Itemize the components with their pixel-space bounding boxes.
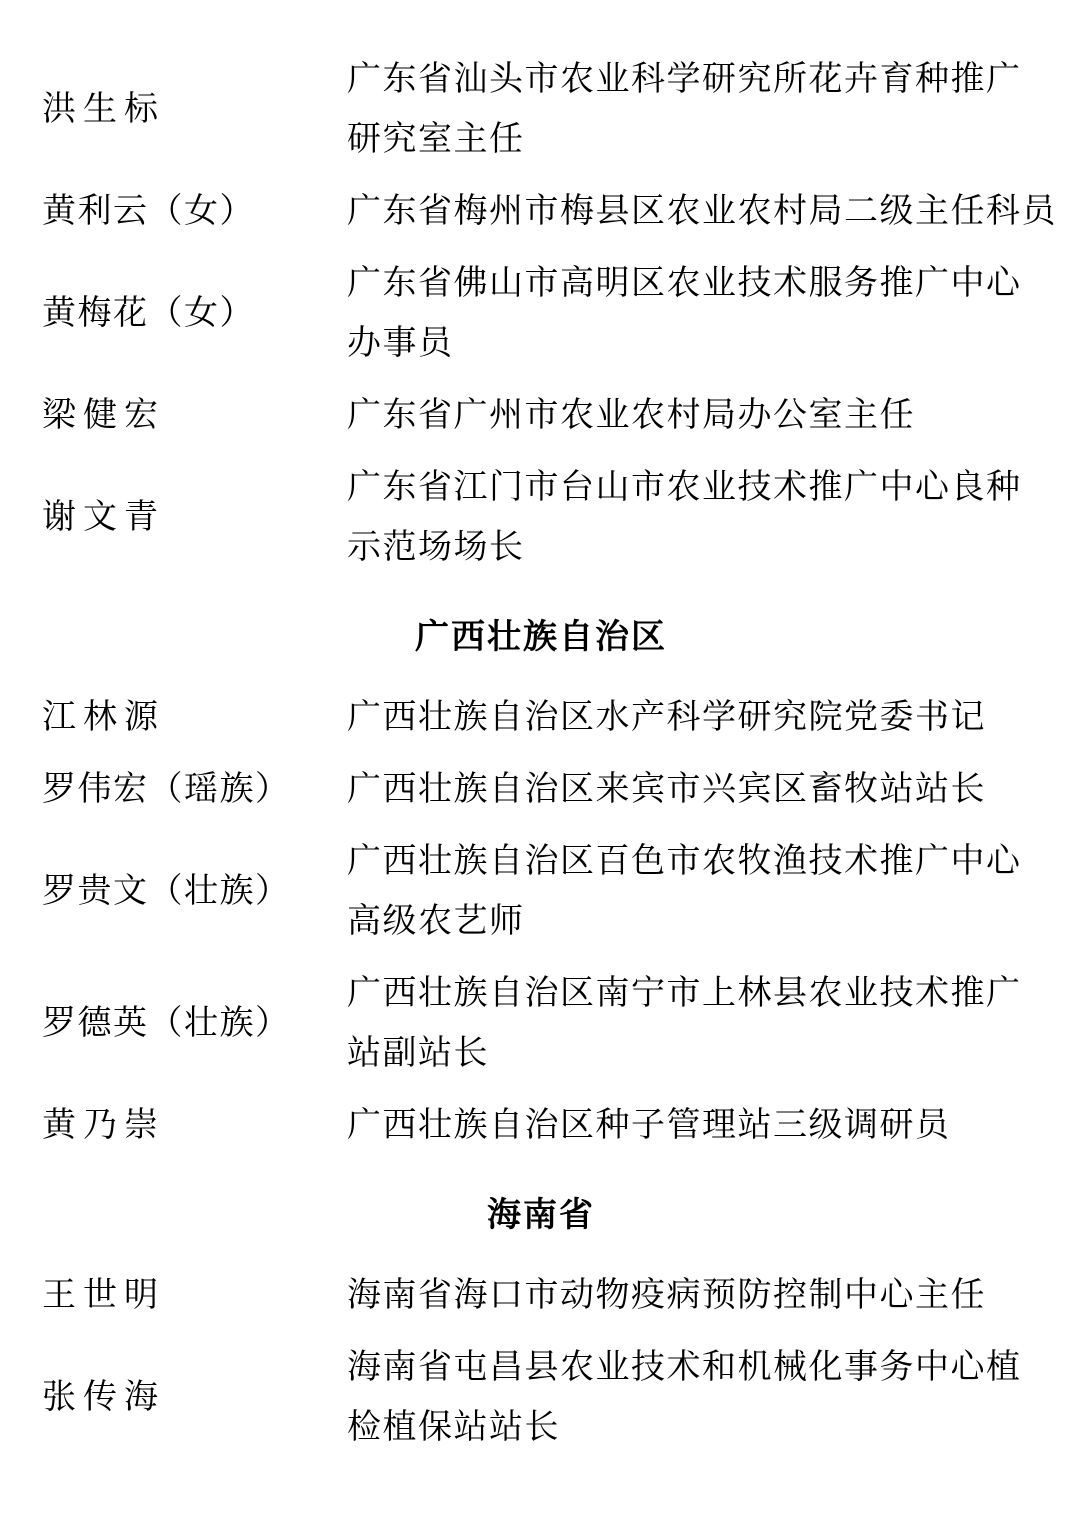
person-title: 广东省汕头市农业科学研究所花卉育种推广 研究室主任 bbox=[347, 50, 1062, 170]
person-title: 广东省广州市农业农村局办公室主任 bbox=[347, 386, 1062, 446]
province-section: 海南省 王世明 海南省海口市动物疫病预防控制中心主任 张传海 海南省屯昌县农业技… bbox=[42, 1186, 1040, 1458]
person-name: 黄梅花（女） bbox=[42, 284, 347, 344]
person-row: 张传海 海南省屯昌县农业技术和机械化事务中心植 检植保站站长 bbox=[42, 1338, 1040, 1458]
province-entries: 王世明 海南省海口市动物疫病预防控制中心主任 张传海 海南省屯昌县农业技术和机械… bbox=[42, 1266, 1040, 1458]
person-title: 广西壮族自治区百色市农牧渔技术推广中心 高级农艺师 bbox=[347, 832, 1062, 952]
person-row: 王世明 海南省海口市动物疫病预防控制中心主任 bbox=[42, 1266, 1040, 1326]
person-name: 黄利云（女） bbox=[42, 182, 347, 242]
province-header: 海南省 bbox=[42, 1186, 1040, 1246]
person-row: 谢文青 广东省江门市台山市农业技术推广中心良种 示范场场长 bbox=[42, 458, 1040, 578]
person-title: 广东省江门市台山市农业技术推广中心良种 示范场场长 bbox=[347, 458, 1062, 578]
person-name: 洪生标 bbox=[42, 80, 347, 140]
person-row: 罗德英（壮族） 广西壮族自治区南宁市上林县农业技术推广 站副站长 bbox=[42, 964, 1040, 1084]
person-name: 梁健宏 bbox=[42, 386, 347, 446]
person-name: 谢文青 bbox=[42, 488, 347, 548]
province-header: 广西壮族自治区 bbox=[42, 608, 1040, 668]
person-title: 广西壮族自治区南宁市上林县农业技术推广 站副站长 bbox=[347, 964, 1062, 1084]
person-row: 江林源 广西壮族自治区水产科学研究院党委书记 bbox=[42, 688, 1040, 748]
person-name: 黄乃崇 bbox=[42, 1096, 347, 1156]
province-entries: 洪生标 广东省汕头市农业科学研究所花卉育种推广 研究室主任 黄利云（女） 广东省… bbox=[42, 50, 1040, 578]
province-section: 广西壮族自治区 江林源 广西壮族自治区水产科学研究院党委书记 罗伟宏（瑶族） 广… bbox=[42, 608, 1040, 1156]
person-title: 广西壮族自治区来宾市兴宾区畜牧站站长 bbox=[347, 760, 1062, 820]
person-name: 罗贵文（壮族） bbox=[42, 862, 347, 922]
document-page: 洪生标 广东省汕头市农业科学研究所花卉育种推广 研究室主任 黄利云（女） 广东省… bbox=[0, 0, 1080, 1527]
person-name: 张传海 bbox=[42, 1368, 347, 1428]
person-row: 黄乃崇 广西壮族自治区种子管理站三级调研员 bbox=[42, 1096, 1040, 1156]
person-row: 黄利云（女） 广东省梅州市梅县区农业农村局二级主任科员 bbox=[42, 182, 1040, 242]
person-row: 洪生标 广东省汕头市农业科学研究所花卉育种推广 研究室主任 bbox=[42, 50, 1040, 170]
person-name: 罗伟宏（瑶族） bbox=[42, 760, 347, 820]
person-title: 广东省佛山市高明区农业技术服务推广中心 办事员 bbox=[347, 254, 1062, 374]
person-name: 江林源 bbox=[42, 688, 347, 748]
province-entries: 江林源 广西壮族自治区水产科学研究院党委书记 罗伟宏（瑶族） 广西壮族自治区来宾… bbox=[42, 688, 1040, 1156]
person-row: 黄梅花（女） 广东省佛山市高明区农业技术服务推广中心 办事员 bbox=[42, 254, 1040, 374]
province-section: 洪生标 广东省汕头市农业科学研究所花卉育种推广 研究室主任 黄利云（女） 广东省… bbox=[42, 50, 1040, 578]
person-row: 罗贵文（壮族） 广西壮族自治区百色市农牧渔技术推广中心 高级农艺师 bbox=[42, 832, 1040, 952]
person-name: 罗德英（壮族） bbox=[42, 994, 347, 1054]
person-title: 广东省梅州市梅县区农业农村局二级主任科员 bbox=[347, 182, 1062, 242]
person-title: 广西壮族自治区种子管理站三级调研员 bbox=[347, 1096, 1062, 1156]
person-title: 广西壮族自治区水产科学研究院党委书记 bbox=[347, 688, 1062, 748]
person-title: 海南省屯昌县农业技术和机械化事务中心植 检植保站站长 bbox=[347, 1338, 1062, 1458]
person-title: 海南省海口市动物疫病预防控制中心主任 bbox=[347, 1266, 1062, 1326]
person-row: 梁健宏 广东省广州市农业农村局办公室主任 bbox=[42, 386, 1040, 446]
name-list: 洪生标 广东省汕头市农业科学研究所花卉育种推广 研究室主任 黄利云（女） 广东省… bbox=[42, 50, 1040, 1458]
person-row: 罗伟宏（瑶族） 广西壮族自治区来宾市兴宾区畜牧站站长 bbox=[42, 760, 1040, 820]
person-name: 王世明 bbox=[42, 1266, 347, 1326]
